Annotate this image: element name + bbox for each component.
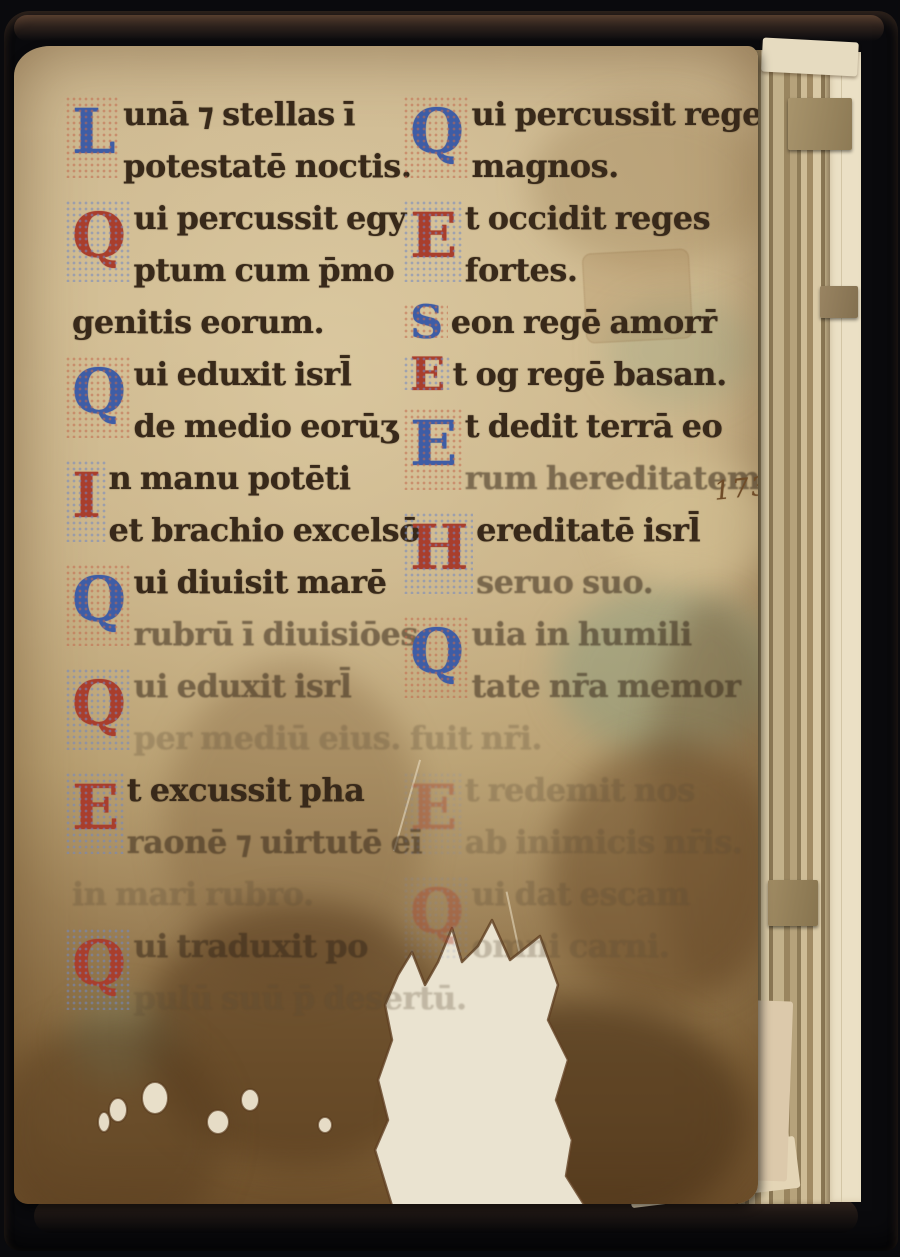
illuminated-initial: S xyxy=(410,298,443,348)
worm-hole xyxy=(318,1117,332,1133)
manuscript-page: Lunā ⁊ stellas īpotestatē noctis.Qui per… xyxy=(14,46,758,1204)
worm-hole xyxy=(109,1098,127,1122)
verse-line: unā ⁊ stellas ī xyxy=(72,88,400,140)
illuminated-initial: E xyxy=(410,350,445,400)
verse-line: raonē ⁊ uirtutē eī xyxy=(72,816,400,868)
psalm-verse: Qui eduxit isrl̄per mediū eius. xyxy=(72,660,400,764)
verse-line: t redemit nos xyxy=(410,764,738,816)
illuminated-initial: Q xyxy=(72,350,126,448)
illuminated-initial: I xyxy=(72,454,101,552)
psalm-verse: Et og regē basan. xyxy=(410,348,738,400)
psalm-verse: Et excussit pharaonē ⁊ uirtutē eīin mari… xyxy=(72,764,400,920)
verse-line: genitis eorum. xyxy=(72,296,400,348)
verse-line: fuit nr̄i. xyxy=(410,712,738,764)
verse-line: per mediū eius. xyxy=(72,712,400,764)
verse-line: eon regē amorr̄ xyxy=(410,296,738,348)
worm-hole xyxy=(207,1110,229,1134)
verse-line: seruo suo. xyxy=(410,556,738,608)
verse-line: rubrū ī diuisiōes. xyxy=(72,608,400,660)
parchment-bookmark-tab xyxy=(768,880,818,926)
psalm-verse: Quia in humilitate nr̄a memorfuit nr̄i. xyxy=(410,608,738,764)
text-column-right: Qui percussit regesmagnos.Et occidit reg… xyxy=(410,88,738,972)
verse-line: potestatē noctis. xyxy=(72,140,400,192)
verse-line: pulū suū p̄ desertū. xyxy=(72,972,400,1024)
dark-water-stain xyxy=(14,1021,224,1204)
folio-number: 173 xyxy=(713,471,758,507)
verse-line: ui eduxit isrl̄ xyxy=(72,660,400,712)
psalm-verse: Seon regē amorr̄ xyxy=(410,296,738,348)
psalm-verse: Qui traduxit populū suū p̄ desertū. xyxy=(72,920,400,1024)
verse-line: n manu potēti xyxy=(72,452,400,504)
psalm-verse: Qui dat escamomni carni. xyxy=(410,868,738,972)
verse-line: et brachio excelsō. xyxy=(72,504,400,556)
top-corner-leaf-edge xyxy=(761,38,859,77)
verse-line: rum hereditatem. xyxy=(410,452,738,504)
parchment-bookmark-tab xyxy=(788,98,852,150)
verse-line: omni carni. xyxy=(410,920,738,972)
text-column-left: Lunā ⁊ stellas īpotestatē noctis.Qui per… xyxy=(72,88,400,1024)
psalm-verse: Et dedit terrā eorum hereditatem. xyxy=(410,400,738,504)
psalm-verse: Qui eduxit isrl̄de medio eorūʒ xyxy=(72,348,400,452)
flyleaf-edge-line xyxy=(841,52,842,1202)
verse-line: uia in humili xyxy=(410,608,738,660)
psalm-verse: Lunā ⁊ stellas īpotestatē noctis. xyxy=(72,88,400,192)
illuminated-initial: Q xyxy=(410,90,464,188)
dark-water-stain xyxy=(409,1001,749,1204)
psalm-verse: In manu potētiet brachio excelsō. xyxy=(72,452,400,556)
manuscript-photograph: Lunā ⁊ stellas īpotestatē noctis.Qui per… xyxy=(0,0,900,1257)
verse-line: in mari rubro. xyxy=(72,868,400,920)
worm-hole xyxy=(98,1112,110,1132)
worm-hole xyxy=(142,1082,168,1114)
psalm-verse: Et occidit regesfortes. xyxy=(410,192,738,296)
illuminated-initial: Q xyxy=(72,194,126,292)
worm-hole xyxy=(241,1089,259,1111)
illuminated-initial: L xyxy=(72,90,115,188)
verse-line: ab inimicis nr̄is. xyxy=(410,816,738,868)
flyleaf-paper-edge xyxy=(826,52,861,1202)
verse-line: ui traduxit po xyxy=(72,920,400,972)
verse-line: t og regē basan. xyxy=(410,348,738,400)
parchment-bookmark-tab xyxy=(820,286,858,318)
verse-line: tate nr̄a memor xyxy=(410,660,738,712)
verse-line: ui dat escam xyxy=(410,868,738,920)
psalm-verse: Qui percussit egyptum cum p̄mogenitis eo… xyxy=(72,192,400,348)
psalm-verse: Qui percussit regesmagnos. xyxy=(410,88,738,192)
psalm-verse: Et redemit nosab inimicis nr̄is. xyxy=(410,764,738,868)
psalm-verse: Hereditatē isrl̄seruo suo. xyxy=(410,504,738,608)
psalm-verse: Qui diuisit marērubrū ī diuisiōes. xyxy=(72,556,400,660)
illuminated-initial: E xyxy=(410,194,457,292)
